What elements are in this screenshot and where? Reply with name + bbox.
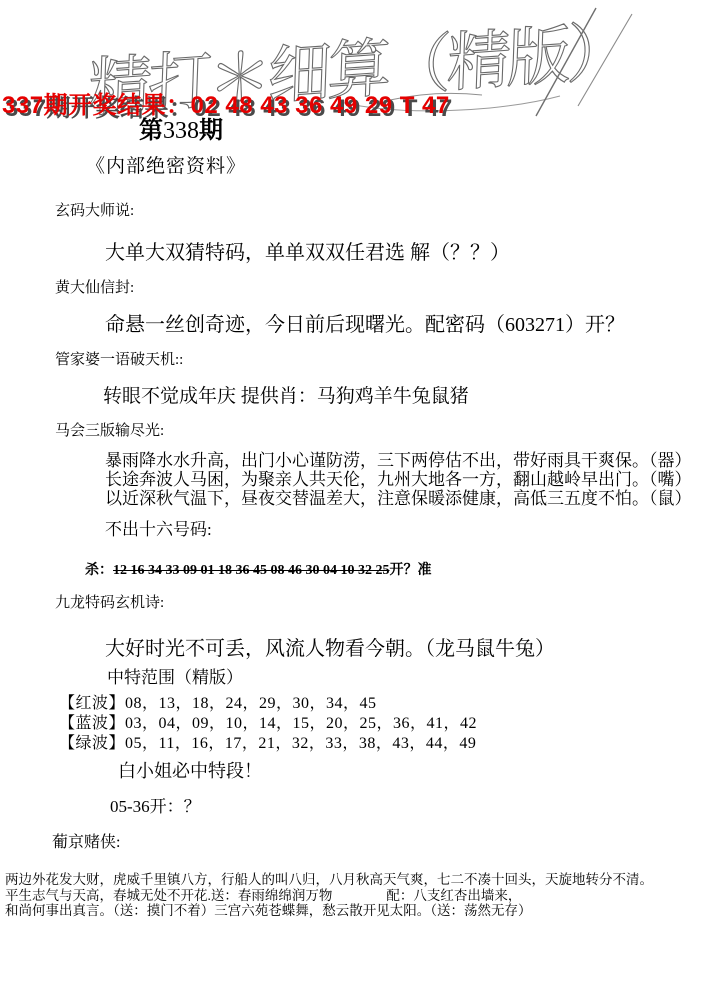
previous-draw-result: 337期开奖结果：02 48 43 36 49 29 T 47 [2,85,450,120]
wave-numbers-green: 05，11，16，17，21，32，33，38，43，44，49 [125,735,476,752]
pujing-verse-line: 两边外花发大财，虎威千里镇八方，行船人的叫八归，八月秋高天气爽，七二不凑十回头，… [5,872,653,888]
mahui-poem-line: 暴雨降水水升高，出门小心谨防涝，三下两停估不出，带好雨具干爽保。（器） [105,451,692,470]
baixiaojie-promise: 白小姐必中特段！ [118,757,262,783]
period-suffix: 期 [199,117,223,144]
kill-numbers-struck: 12 16 34 33 09 01 18 36 45 08 46 30 04 1… [113,563,390,578]
mahui-subheader: 不出十六号码: [105,515,212,540]
pujing-verse-line: 和尚何事出真言。（送：摸门不着）三宫六苑苍蝶舞，愁云散开见太阳。（送：荡然无存） [5,903,653,919]
wave-row-green: 【绿波】05，11，16，17，21，32，33，38，43，44，49 [59,730,476,753]
section-header-jiulong: 九龙特码玄机诗: [55,591,164,612]
period-number: 338 [163,118,199,144]
kill-suffix: 开？准 [390,563,432,578]
section-content-jiulong: 大好时光不可丢，风流人物看今朝。（龙马鼠牛兔） [105,632,555,661]
kill-numbers-line: 杀：12 16 34 33 09 01 18 36 45 08 46 30 04… [85,559,432,579]
section-header-mahui: 马会三版输尽光: [55,419,164,440]
pujing-verse: 两边外花发大财，虎威千里镇八方，行船人的叫八归，八月秋高天气爽，七二不凑十回头，… [5,872,653,919]
period-prefix: 第 [139,117,163,144]
section-content-huangdaxian: 命悬一丝创奇迹，今日前后现曙光。配密码（603271）开？ [105,308,625,337]
range-open-result: 05-36开：？ [110,792,201,817]
section-header-guanjiapo: 管家婆一语破天机:: [55,348,183,369]
range-title: 中特范围（精版） [107,663,243,688]
pujing-verse-line: 平生志气与天高，春城无处不开花.送：春雨绵绵润万物 配：八支红杏出墙来， [5,888,653,904]
current-period-title: 第338期 [139,110,223,145]
page: { "page": { "bg": "#ffffff", "title_art"… [0,0,714,1008]
section-header-pujing: 葡京赌侠: [52,829,120,852]
section-header-xuanma: 玄码大师说: [55,199,134,220]
section-content-guanjiapo: 转眼不觉成年庆 提供肖：马狗鸡羊牛兔鼠猪 [103,381,469,408]
page-subtitle: 《内部绝密资料》 [86,151,246,178]
section-content-xuanma: 大单大双猜特码，单单双双任君选 解（？？） [105,236,510,265]
wave-label-green: 【绿波】 [59,735,125,752]
kill-prefix: 杀： [85,563,113,578]
mahui-poem-line: 以近深秋气温下，昼夜交替温差大，注意保暖添健康，高低三五度不怕。（鼠） [105,489,692,508]
mahui-poem: 暴雨降水水升高，出门小心谨防涝，三下两停估不出，带好雨具干爽保。（器） 长途奔波… [105,451,692,508]
section-header-huangdaxian: 黄大仙信封: [55,276,134,297]
mahui-poem-line: 长途奔波人马困，为聚亲人共天伦，九州大地各一方，翻山越岭早出门。（嘴） [105,470,692,489]
